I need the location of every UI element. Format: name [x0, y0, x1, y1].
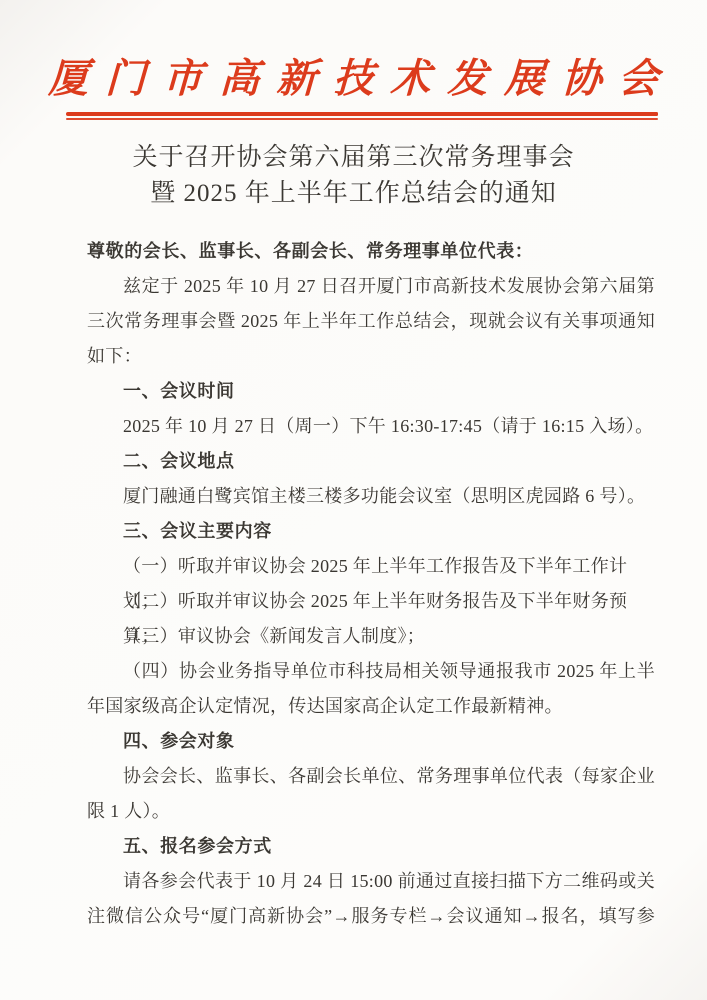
body-line: 兹定于 2025 年 10 月 27 日召开厦门市高新技术发展协会第六届第 — [87, 269, 655, 304]
section-heading: 一、会议时间 — [87, 374, 655, 409]
body-line: （一）听取并审议协会 2025 年上半年工作报告及下半年工作计划； — [87, 549, 655, 584]
section-heading: 五、报名参会方式 — [87, 829, 655, 864]
title-line-2: 暨 2025 年上半年工作总结会的通知 — [0, 176, 707, 212]
body-line: （三）审议协会《新闻发言人制度》； — [87, 619, 655, 654]
body-line: 厦门融通白鹭宾馆主楼三楼多功能会议室（思明区虎园路 6 号）。 — [87, 479, 655, 514]
body-line: 请各参会代表于 10 月 24 日 15:00 前通过直接扫描下方二维码或关 — [87, 864, 655, 899]
body-line: 注微信公众号“厦门高新协会”→服务专栏→会议通知→报名，填写参 — [87, 899, 655, 934]
section-heading: 四、参会对象 — [87, 724, 655, 759]
notice-body: 尊敬的会长、监事长、各副会长、常务理事单位代表：兹定于 2025 年 10 月 … — [87, 234, 655, 934]
body-line: （二）听取并审议协会 2025 年上半年财务报告及下半年财务预算； — [87, 584, 655, 619]
rule-thick-line — [66, 112, 658, 116]
body-line: 限 1 人）。 — [87, 794, 655, 829]
section-heading: 二、会议地点 — [87, 444, 655, 479]
scanned-notice-page: 厦门市高新技术发展协会 关于召开协会第六届第三次常务理事会 暨 2025 年上半… — [0, 0, 707, 1000]
section-heading: 尊敬的会长、监事长、各副会长、常务理事单位代表： — [87, 234, 655, 269]
notice-title: 关于召开协会第六届第三次常务理事会 暨 2025 年上半年工作总结会的通知 — [0, 140, 707, 212]
body-line: 协会会长、监事长、各副会长单位、常务理事单位代表（每家企业 — [87, 759, 655, 794]
rule-thin-line — [66, 118, 658, 120]
body-line: 2025 年 10 月 27 日（周一）下午 16:30-17:45（请于 16… — [87, 409, 655, 444]
header-rule — [66, 112, 658, 120]
body-line: （四）协会业务指导单位市科技局相关领导通报我市 2025 年上半 — [87, 654, 655, 689]
section-heading: 三、会议主要内容 — [87, 514, 655, 549]
title-line-1: 关于召开协会第六届第三次常务理事会 — [0, 140, 707, 176]
org-name-calligraphy: 厦门市高新技术发展协会 — [0, 52, 707, 106]
body-line: 年国家级高企认定情况，传达国家高企认定工作最新精神。 — [87, 689, 655, 724]
body-line: 三次常务理事会暨 2025 年上半年工作总结会，现就会议有关事项通知 — [87, 304, 655, 339]
body-line: 如下： — [87, 339, 655, 374]
